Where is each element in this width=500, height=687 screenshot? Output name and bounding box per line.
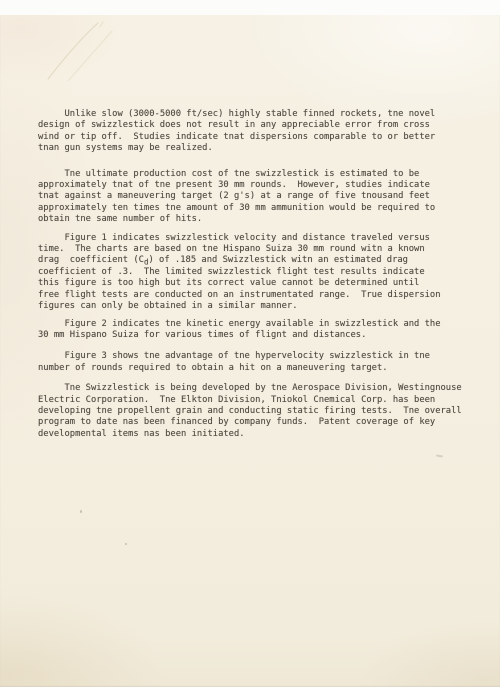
document-text-block: Unlike slow (3000-5000 ft/sec) highly st… bbox=[38, 109, 496, 440]
pencil-scribble-mark bbox=[40, 17, 160, 87]
paragraph-3: Figure 1 indicates swizzlestick velocity… bbox=[38, 233, 496, 313]
paragraph-6-text: Tne Swizzlestick is being developed by t… bbox=[38, 383, 462, 439]
paragraph-2: Tne ultimate production cost of tne swiz… bbox=[38, 169, 496, 226]
paragraph-4-text: Figure 2 indicates tne kinetic energy av… bbox=[38, 319, 441, 340]
paragraph-6: Tne Swizzlestick is being developed by t… bbox=[38, 383, 496, 440]
paragraph-5: Figure 3 shows tne advantage of tne hype… bbox=[38, 351, 496, 374]
paragraph-5-text: Figure 3 shows tne advantage of tne hype… bbox=[38, 351, 430, 372]
paper-speck bbox=[125, 543, 127, 545]
paragraph-1: Unlike slow (3000-5000 ft/sec) highly st… bbox=[38, 109, 496, 155]
paragraph-2-text: Tne ultimate production cost of tne swiz… bbox=[38, 169, 435, 225]
paragraph-1-text: Unlike slow (3000-5000 ft/sec) highly st… bbox=[38, 109, 435, 153]
paper-speck bbox=[80, 510, 82, 513]
scan-background: Unlike slow (3000-5000 ft/sec) highly st… bbox=[0, 0, 500, 687]
paragraph-4: Figure 2 indicates tne kinetic energy av… bbox=[38, 319, 496, 342]
paper-sheet: Unlike slow (3000-5000 ft/sec) highly st… bbox=[0, 15, 500, 687]
paper-smudge bbox=[436, 455, 443, 458]
